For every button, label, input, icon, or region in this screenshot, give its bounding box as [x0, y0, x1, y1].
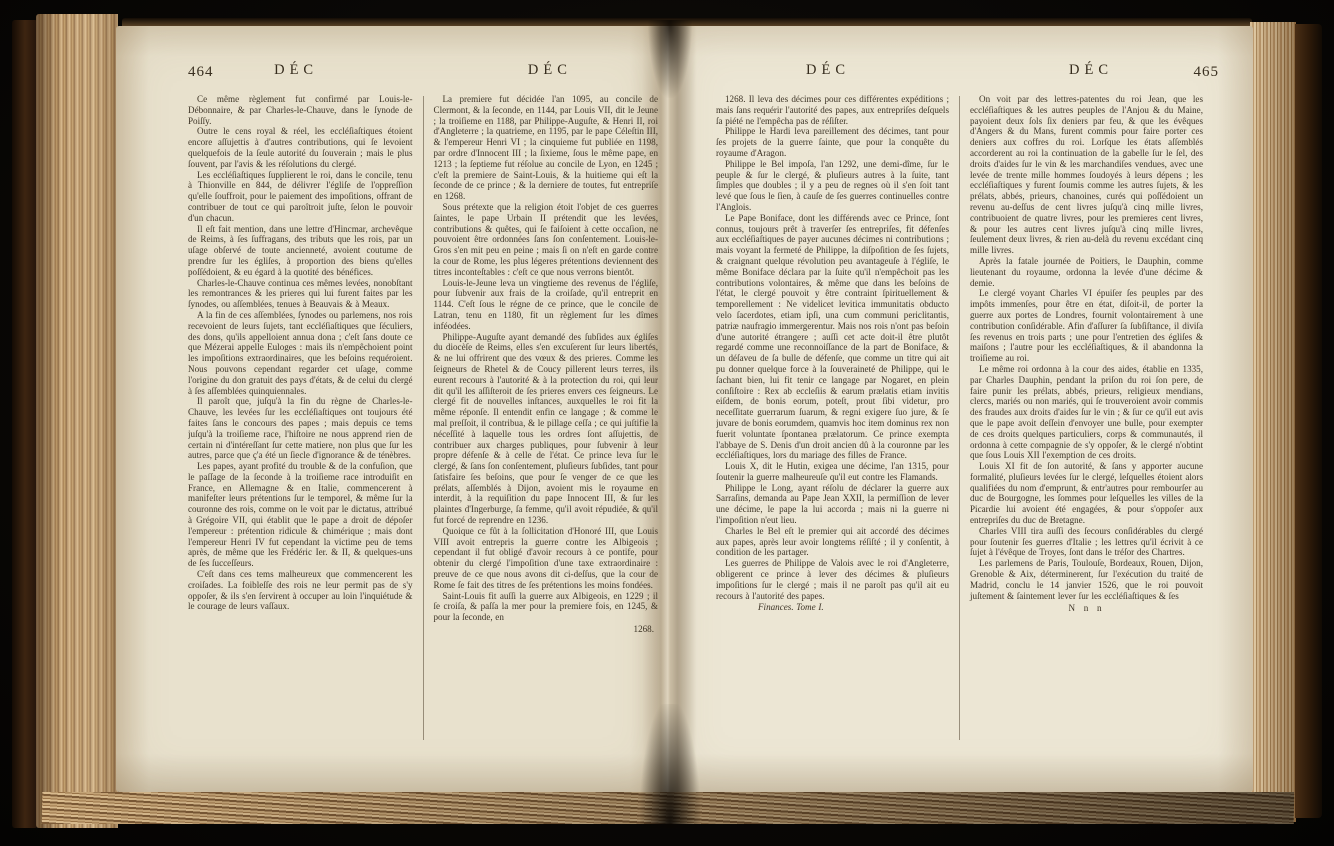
paragraph: Le Pape Boniface, dont les différends av…	[716, 213, 949, 461]
paragraph: La premiere fut décidée l'an 1095, au co…	[434, 94, 659, 202]
paragraph: Les eccléſiaſtiques ſupplierent le roi, …	[188, 170, 413, 224]
left-page: 464 DÉC DÉC Ce même règlement fut confir…	[116, 26, 668, 792]
gathering-signature: N n n	[970, 603, 1203, 614]
right-page: DÉC DÉC 465 1268. Il leva des décimes po…	[668, 26, 1253, 792]
running-title: DÉC	[188, 62, 404, 79]
paragraph: Les guerres de Philippe de Valois avec l…	[716, 558, 949, 601]
text-column: Ce même règlement fut confirmé par Louis…	[188, 94, 413, 750]
paragraph: Charles VIII tira auſſi des ſecours conſ…	[970, 526, 1203, 558]
running-title: DÉC	[716, 62, 940, 79]
paragraph: Sous prétexte que la religion étoit l'ob…	[434, 202, 659, 278]
paragraph: Le même roi ordonna à la cour des aides,…	[970, 364, 1203, 461]
paragraph: Saint-Louis fit auſſi la guerre aux Albi…	[434, 591, 659, 623]
left-cover-edge	[12, 20, 38, 828]
paragraph-list: On voit par des lettres-patentes du roi …	[970, 94, 1203, 601]
volume-signature: Finances. Tome I.	[716, 602, 949, 613]
left-page-columns: Ce même règlement fut confirmé par Louis…	[188, 94, 658, 750]
paragraph: A la fin de ces aſſemblées, ſynodes ou p…	[188, 310, 413, 396]
column-rule	[959, 96, 960, 740]
paragraph-list: 1268. Il leva des décimes pour ces diffé…	[716, 94, 949, 601]
gutter-top-shadow	[648, 20, 692, 98]
paragraph: Louis X, dit le Hutin, exigea une décime…	[716, 461, 949, 483]
paragraph: Philippe le Hardi leva pareillement des …	[716, 126, 949, 158]
page-number: 465	[1194, 64, 1220, 81]
paragraph: Charles le Bel eſt le premier qui ait ac…	[716, 526, 949, 558]
paragraph: C'eſt dans ces tems malheureux que comme…	[188, 569, 413, 612]
right-cover-edge	[1295, 24, 1322, 818]
paragraph: Après la fatale journée de Poitiers, le …	[970, 256, 1203, 288]
column-rule	[423, 96, 424, 740]
paragraph: Il paroît que, juſqu'à la fin du règne d…	[188, 396, 413, 461]
running-title: DÉC	[442, 62, 658, 79]
left-fore-edge	[36, 14, 118, 828]
paragraph: Philippe-Auguſte ayant demandé des ſubſi…	[434, 332, 659, 526]
running-title: DÉC	[979, 62, 1203, 79]
right-page-columns: 1268. Il leva des décimes pour ces diffé…	[716, 94, 1203, 750]
right-page-header: DÉC DÉC 465	[716, 62, 1203, 84]
text-column: On voit par des lettres-patentes du roi …	[970, 94, 1203, 750]
paragraph: 1268. Il leva des décimes pour ces diffé…	[716, 94, 949, 126]
paragraph: Quoique ce fût à la ſollicitation d'Hono…	[434, 526, 659, 591]
catchword: 1268.	[434, 624, 659, 635]
paragraph-list: Ce même règlement fut confirmé par Louis…	[188, 94, 413, 612]
paragraph: Les parlemens de Paris, Toulouſe, Bordea…	[970, 558, 1203, 601]
book: 464 DÉC DÉC Ce même règlement fut confir…	[12, 14, 1324, 836]
paragraph: On voit par des lettres-patentes du roi …	[970, 94, 1203, 256]
paragraph: Les papes, ayant profité du trouble & de…	[188, 461, 413, 569]
paragraph: Ce même règlement fut confirmé par Louis…	[188, 94, 413, 126]
text-column: 1268. Il leva des décimes pour ces diffé…	[716, 94, 949, 750]
paragraph: Louis-le-Jeune leva un vingtieme des rev…	[434, 278, 659, 332]
right-fore-edge	[1250, 22, 1296, 822]
paragraph-list: La premiere fut décidée l'an 1095, au co…	[434, 94, 659, 623]
paragraph: Charles-le-Chauve continua ces mêmes lev…	[188, 278, 413, 310]
paragraph: Louis XI fit de ſon autorité, & ſans y a…	[970, 461, 1203, 526]
left-page-content: 464 DÉC DÉC Ce même règlement fut confir…	[116, 26, 668, 792]
paragraph: Philippe le Bel impoſa, l'an 1292, une d…	[716, 159, 949, 213]
paragraph: Outre le cens royal & réel, les eccléſia…	[188, 126, 413, 169]
paragraph: Il eſt fait mention, dans une lettre d'H…	[188, 224, 413, 278]
photo-background: 464 DÉC DÉC Ce même règlement fut confir…	[0, 0, 1334, 846]
paragraph: Philippe le Long, ayant réſolu de déclar…	[716, 483, 949, 526]
gutter-bottom-shadow	[640, 704, 700, 828]
text-column: La premiere fut décidée l'an 1095, au co…	[434, 94, 659, 750]
paragraph: Le clergé voyant Charles VI épuiſer ſes …	[970, 288, 1203, 364]
left-page-header: 464 DÉC DÉC	[188, 62, 658, 84]
right-page-content: DÉC DÉC 465 1268. Il leva des décimes po…	[668, 26, 1253, 792]
